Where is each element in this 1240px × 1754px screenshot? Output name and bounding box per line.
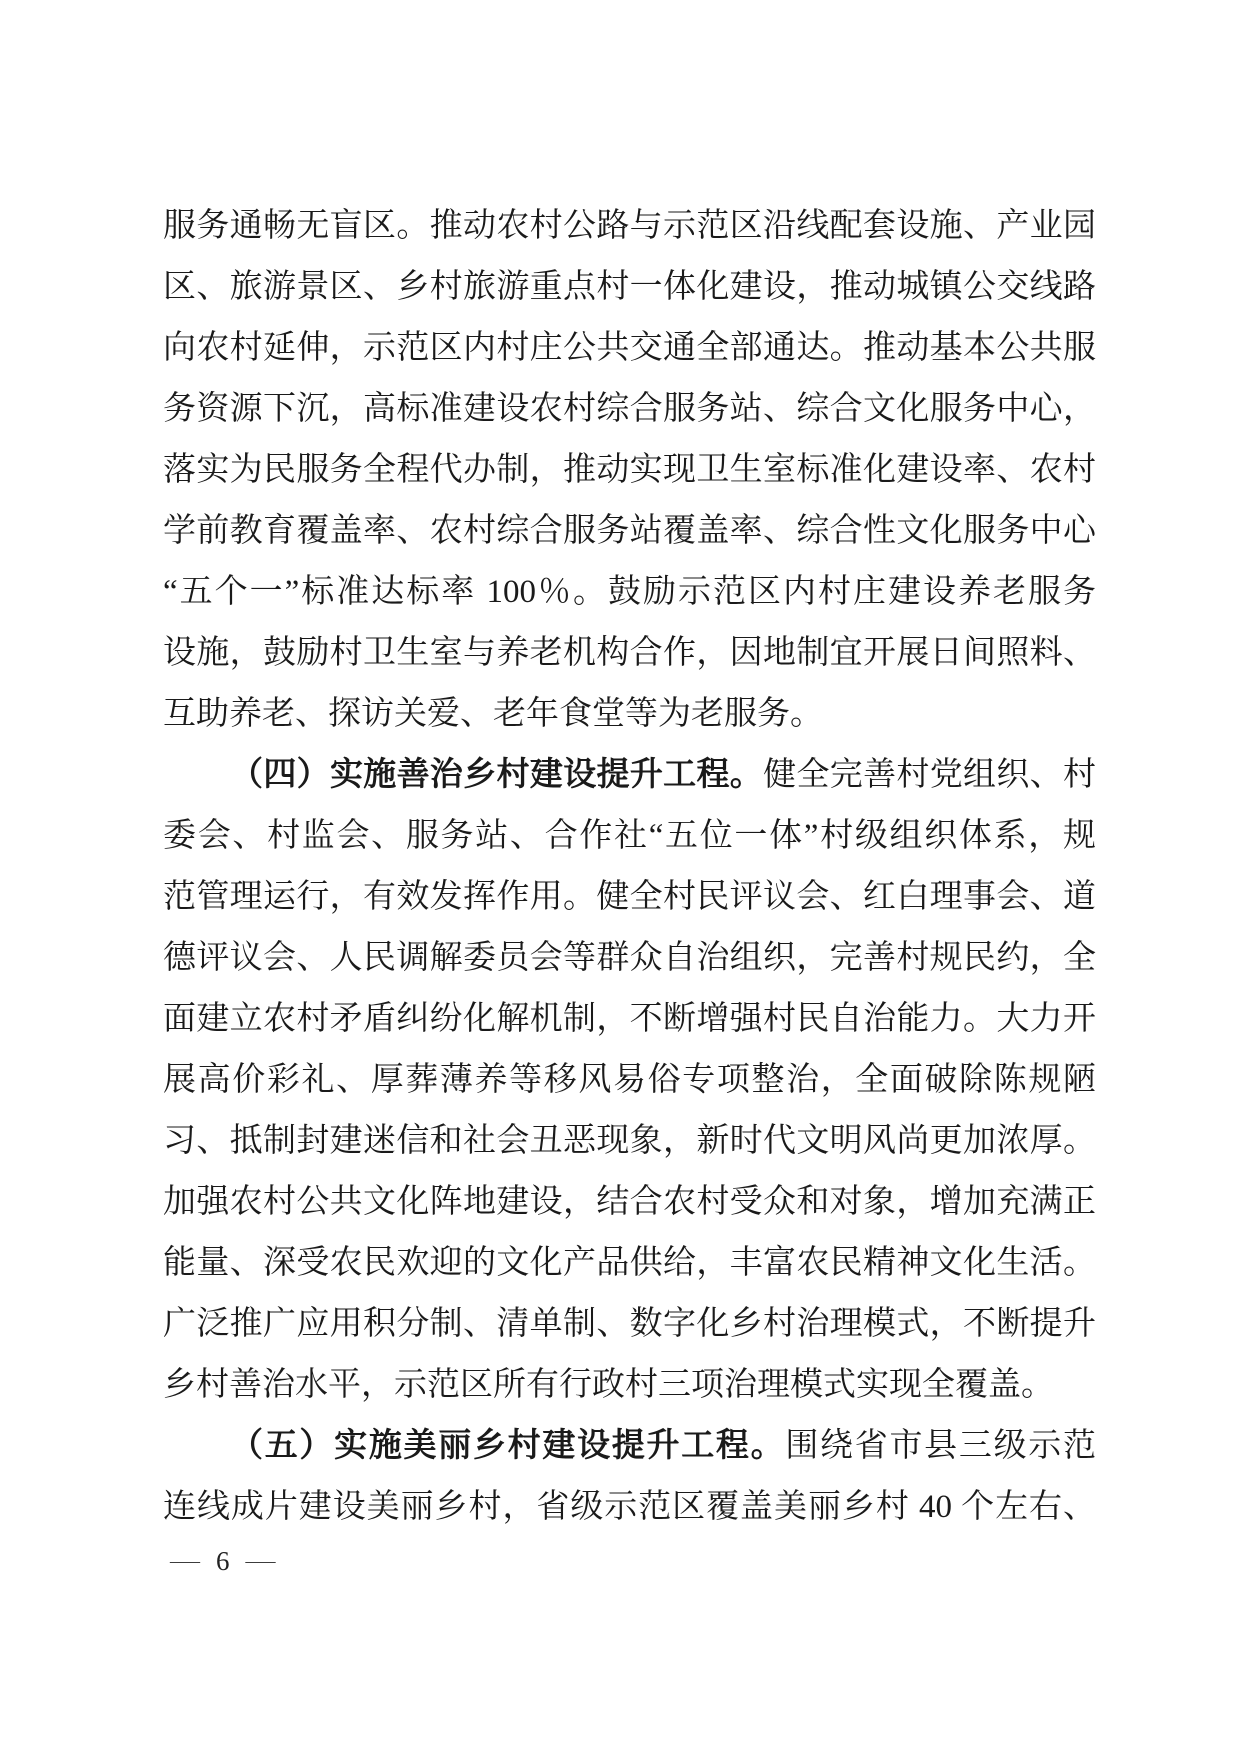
line-text: 向农村延伸，示范区内村庄公共交通全部通达。推动基本公共服 xyxy=(163,330,1096,366)
text-line: 向农村延伸，示范区内村庄公共交通全部通达。推动基本公共服 xyxy=(163,318,1096,379)
text-line: 学前教育覆盖率、农村综合服务站覆盖率、综合性文化服务中心 xyxy=(163,501,1096,562)
page-number: 6 xyxy=(216,1541,230,1581)
paragraph-lead: （五）实施美丽乡村建设提升工程。 xyxy=(230,1428,785,1464)
text-line: 务资源下沉，高标准建设农村综合服务站、综合文化服务中心， xyxy=(163,379,1096,440)
line-text: 加强农村公共文化阵地建设，结合农村受众和对象，增加充满正 xyxy=(163,1184,1096,1220)
text-line: 加强农村公共文化阵地建设，结合农村受众和对象，增加充满正 xyxy=(163,1172,1096,1233)
line-text: 设施，鼓励村卫生室与养老机构合作，因地制宜开展日间照料、 xyxy=(163,635,1096,671)
line-text: 落实为民服务全程代办制，推动实现卫生室标准化建设率、农村 xyxy=(163,452,1096,488)
text-line: 范管理运行，有效发挥作用。健全村民评议会、红白理事会、道 xyxy=(163,867,1096,928)
line-text: 务资源下沉，高标准建设农村综合服务站、综合文化服务中心， xyxy=(163,391,1096,427)
line-text: 能量、深受农民欢迎的文化产品供给，丰富农民精神文化生活。 xyxy=(163,1245,1096,1281)
text-line: 服务通畅无盲区。推动农村公路与示范区沿线配套设施、产业园 xyxy=(163,196,1096,257)
line-text: 乡村善治水平，示范区所有行政村三项治理模式实现全覆盖。 xyxy=(163,1367,1054,1403)
line-text: 学前教育覆盖率、农村综合服务站覆盖率、综合性文化服务中心 xyxy=(163,513,1096,549)
footer-dash-left: — xyxy=(170,1547,200,1575)
footer-dash-right: — xyxy=(246,1547,276,1575)
line-text: 连线成片建设美丽乡村，省级示范区覆盖美丽乡村 40 个左右、 xyxy=(163,1489,1096,1525)
text-line: 面建立农村矛盾纠纷化解机制，不断增强村民自治能力。大力开 xyxy=(163,989,1096,1050)
line-text: 德评议会、人民调解委员会等群众自治组织，完善村规民约，全 xyxy=(163,940,1096,976)
text-line: （五）实施美丽乡村建设提升工程。围绕省市县三级示范区， xyxy=(163,1416,1096,1477)
line-text: 区、旅游景区、乡村旅游重点村一体化建设，推动城镇公交线路 xyxy=(163,269,1096,305)
text-line: 德评议会、人民调解委员会等群众自治组织，完善村规民约，全 xyxy=(163,928,1096,989)
line-text: 健全完善村党组织、村 xyxy=(763,757,1096,793)
text-line: 能量、深受农民欢迎的文化产品供给，丰富农民精神文化生活。 xyxy=(163,1233,1096,1294)
text-line: 习、抵制封建迷信和社会丑恶现象，新时代文明风尚更加浓厚。 xyxy=(163,1111,1096,1172)
line-text: 习、抵制封建迷信和社会丑恶现象，新时代文明风尚更加浓厚。 xyxy=(163,1123,1096,1159)
line-text: 面建立农村矛盾纠纷化解机制，不断增强村民自治能力。大力开 xyxy=(163,1001,1096,1037)
text-line: 落实为民服务全程代办制，推动实现卫生室标准化建设率、农村 xyxy=(163,440,1096,501)
text-line: 乡村善治水平，示范区所有行政村三项治理模式实现全覆盖。 xyxy=(163,1355,1096,1416)
text-line: 连线成片建设美丽乡村，省级示范区覆盖美丽乡村 40 个左右、 xyxy=(163,1477,1096,1538)
text-line: （四）实施善治乡村建设提升工程。健全完善村党组织、村 xyxy=(163,745,1096,806)
line-text: 范管理运行，有效发挥作用。健全村民评议会、红白理事会、道 xyxy=(163,879,1096,915)
line-text: 广泛推广应用积分制、清单制、数字化乡村治理模式，不断提升 xyxy=(163,1306,1096,1342)
line-text: 互助养老、探访关爱、老年食堂等为老服务。 xyxy=(163,696,823,732)
text-line: 展高价彩礼、厚葬薄养等移风易俗专项整治，全面破除陈规陋 xyxy=(163,1050,1096,1111)
document-body: 服务通畅无盲区。推动农村公路与示范区沿线配套设施、产业园 区、旅游景区、乡村旅游… xyxy=(163,196,1096,1538)
line-text: 服务通畅无盲区。推动农村公路与示范区沿线配套设施、产业园 xyxy=(163,208,1096,244)
line-text: “五个一”标准达标率 100％。鼓励示范区内村庄建设养老服务 xyxy=(163,574,1096,610)
paragraph-lead: （四）实施善治乡村建设提升工程。 xyxy=(230,757,763,793)
text-line: 区、旅游景区、乡村旅游重点村一体化建设，推动城镇公交线路 xyxy=(163,257,1096,318)
page-footer: — 6 — xyxy=(170,1541,276,1581)
text-line: 广泛推广应用积分制、清单制、数字化乡村治理模式，不断提升 xyxy=(163,1294,1096,1355)
text-line: 委会、村监会、服务站、合作社“五位一体”村级组织体系，规 xyxy=(163,806,1096,867)
line-text: 委会、村监会、服务站、合作社“五位一体”村级组织体系，规 xyxy=(163,818,1096,854)
text-line: 互助养老、探访关爱、老年食堂等为老服务。 xyxy=(163,684,1096,745)
text-line: “五个一”标准达标率 100％。鼓励示范区内村庄建设养老服务 xyxy=(163,562,1096,623)
text-line: 设施，鼓励村卫生室与养老机构合作，因地制宜开展日间照料、 xyxy=(163,623,1096,684)
line-text: 展高价彩礼、厚葬薄养等移风易俗专项整治，全面破除陈规陋 xyxy=(163,1062,1096,1098)
document-page: 服务通畅无盲区。推动农村公路与示范区沿线配套设施、产业园 区、旅游景区、乡村旅游… xyxy=(0,0,1240,1754)
